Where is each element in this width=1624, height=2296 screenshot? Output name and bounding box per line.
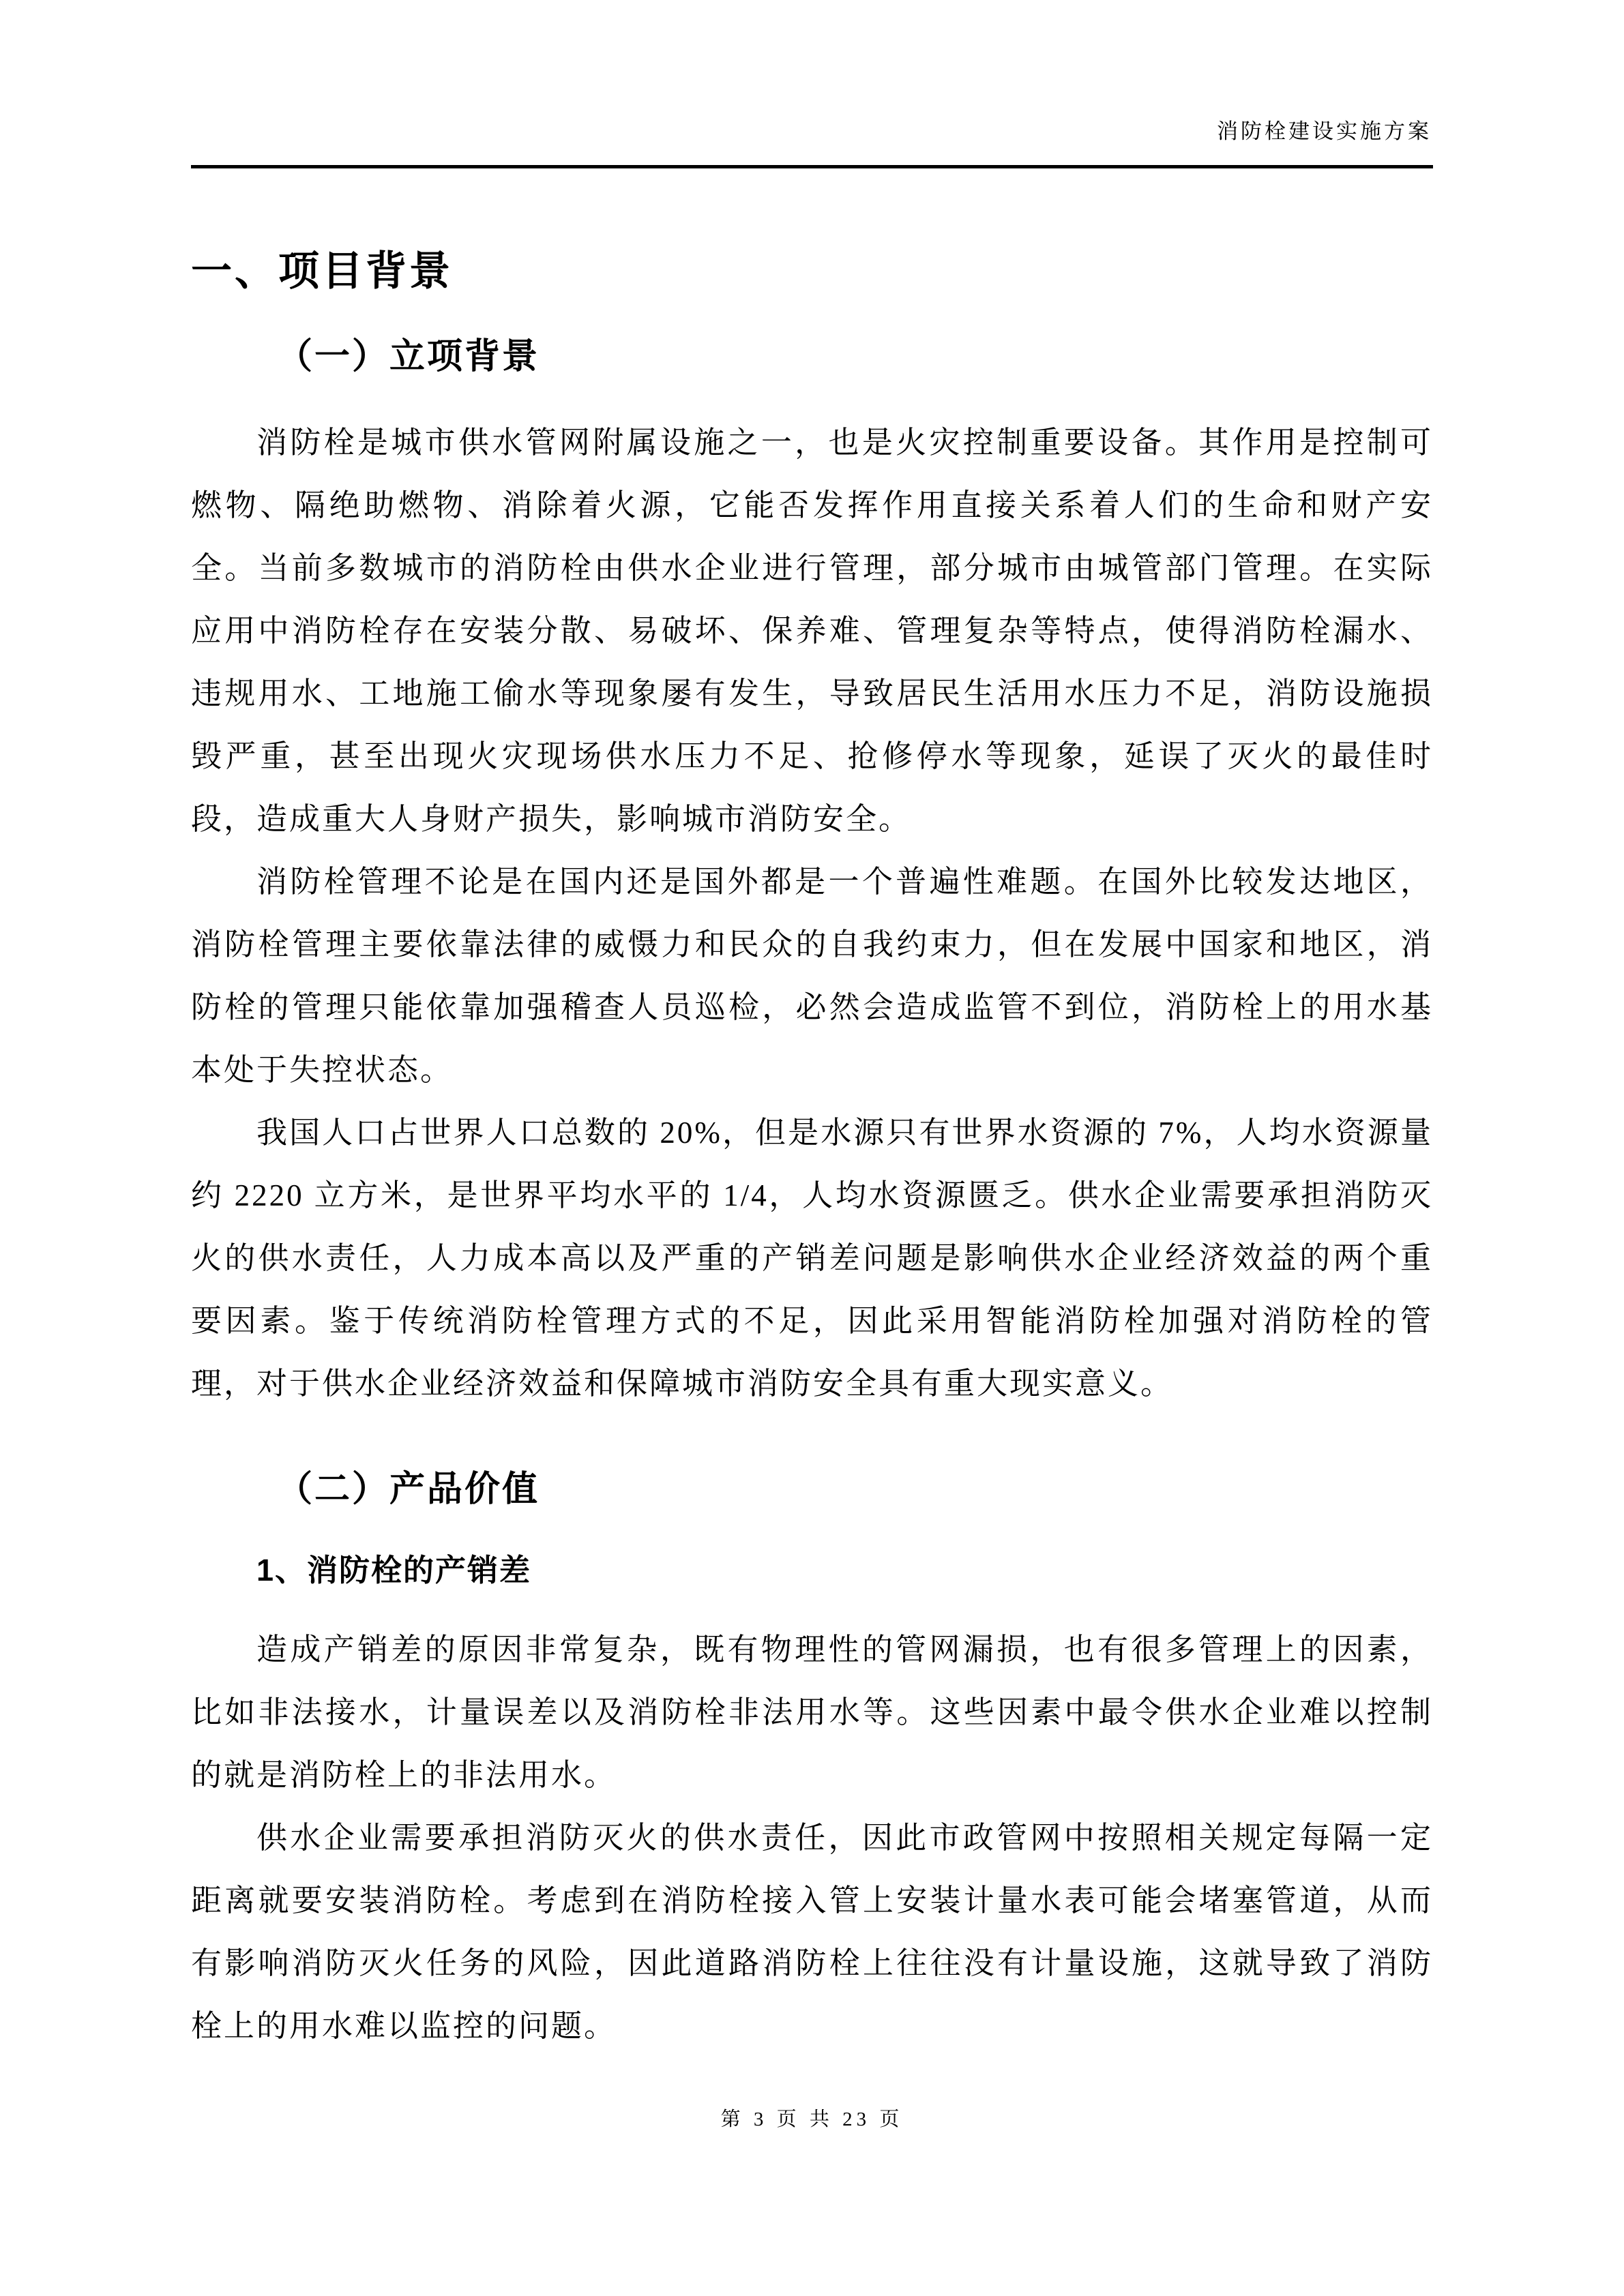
page-number-text: 第 3 页 共 23 页 xyxy=(721,2108,904,2130)
document-page: 消防栓建设实施方案 一、项目背景 （一）立项背景 消防栓是城市供水管网附属设施之… xyxy=(0,0,1624,2296)
section-heading-2: （二）产品价值 xyxy=(191,1466,1433,1512)
header-document-title: 消防栓建设实施方案 xyxy=(191,117,1433,165)
page-footer: 第 3 页 共 23 页 xyxy=(0,2104,1624,2132)
paragraph-1: 消防栓是城市供水管网附属设施之一，也是火灾控制重要设备。其作用是控制可燃物、隔绝… xyxy=(191,411,1433,850)
subsection-heading-1: 1、消防栓的产销差 xyxy=(191,1550,1433,1591)
paragraph-3: 我国人口占世界人口总数的 20%，但是水源只有世界水资源的 7%，人均水资源量约… xyxy=(191,1101,1433,1415)
paragraph-5: 供水企业需要承担消防灭火的供水责任，因此市政管网中按照相关规定每隔一定距离就要安… xyxy=(191,1806,1433,2057)
section-heading-1: （一）立项背景 xyxy=(191,333,1433,380)
document-body: 一、项目背景 （一）立项背景 消防栓是城市供水管网附属设施之一，也是火灾控制重要… xyxy=(191,245,1433,2057)
paragraph-2: 消防栓管理不论是在国内还是国外都是一个普遍性难题。在国外比较发达地区，消防栓管理… xyxy=(191,850,1433,1101)
chapter-heading: 一、项目背景 xyxy=(191,245,1433,298)
page-header: 消防栓建设实施方案 xyxy=(191,0,1433,168)
paragraph-4: 造成产销差的原因非常复杂，既有物理性的管网漏损，也有很多管理上的因素，比如非法接… xyxy=(191,1618,1433,1806)
